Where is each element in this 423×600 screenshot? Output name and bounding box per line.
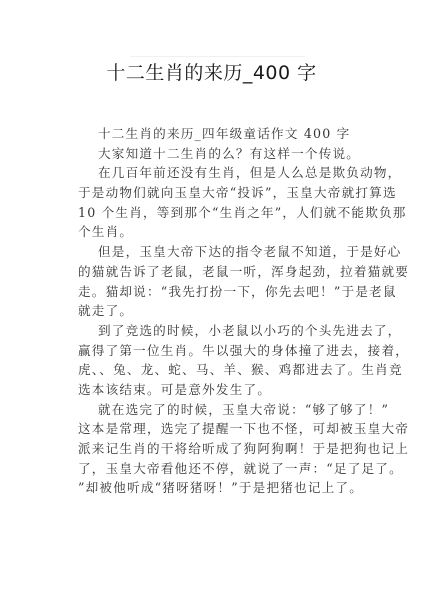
text-line: 在几百年前还没有生肖，但是人么总是欺负动物， — [78, 163, 348, 183]
text-line: 的猫就告诉了老鼠，老鼠一听，浑身起劲，拉着猫就要 — [78, 262, 348, 282]
text-line: 大家知道十二生肖的么？有这样一个传说。 — [78, 144, 348, 164]
text-line: 但是，玉皇大帝下达的指令老鼠不知道，于是好心 — [78, 242, 348, 262]
text-line: 就走了。 — [78, 301, 348, 321]
text-line: 选本该结束。可是意外发生了。 — [78, 380, 348, 400]
text-line: 个生肖。 — [78, 222, 348, 242]
text-line: 10 个生肖，等到那个“生肖之年”，人们就不能欺负那 — [78, 203, 348, 223]
text-line: 十二生肖的来历_四年级童话作文 400 字 — [78, 124, 348, 144]
text-line: 走。猫却说：“我先打扮一下，你先去吧！”于是老鼠 — [78, 282, 348, 302]
text-line: 了，玉皇大帝看他还不停，就说了一声：“足了足了。 — [78, 459, 348, 479]
text-line: 这本是常理，选完了提醒一下也不怪，可却被玉皇大帝 — [78, 419, 348, 439]
text-line: 就在选完了的时候，玉皇大帝说：“够了够了！” — [78, 400, 348, 420]
text-line: 派来记生肖的干将给听成了狗阿狗啊！于是把狗也记上 — [78, 439, 348, 459]
text-line: ”却被他听成“猪呀猪呀！”于是把猪也记上了。 — [78, 478, 348, 498]
text-line: 到了竞选的时候，小老鼠以小巧的个头先进去了， — [78, 321, 348, 341]
text-line: 赢得了第一位生肖。牛以强大的身体撞了进去，接着， — [78, 341, 348, 361]
document-body: 十二生肖的来历_四年级童话作文 400 字 大家知道十二生肖的么？有这样一个传说… — [78, 124, 348, 498]
text-line: 虎、、兔、龙、蛇、马、羊、猴、鸡都进去了。生肖竞 — [78, 360, 348, 380]
text-line: 于是动物们就向玉皇大帝“投诉”，玉皇大帝就打算选 — [78, 183, 348, 203]
document-title: 十二生肖的来历_400 字 — [0, 58, 423, 85]
header-divider — [130, 56, 305, 57]
